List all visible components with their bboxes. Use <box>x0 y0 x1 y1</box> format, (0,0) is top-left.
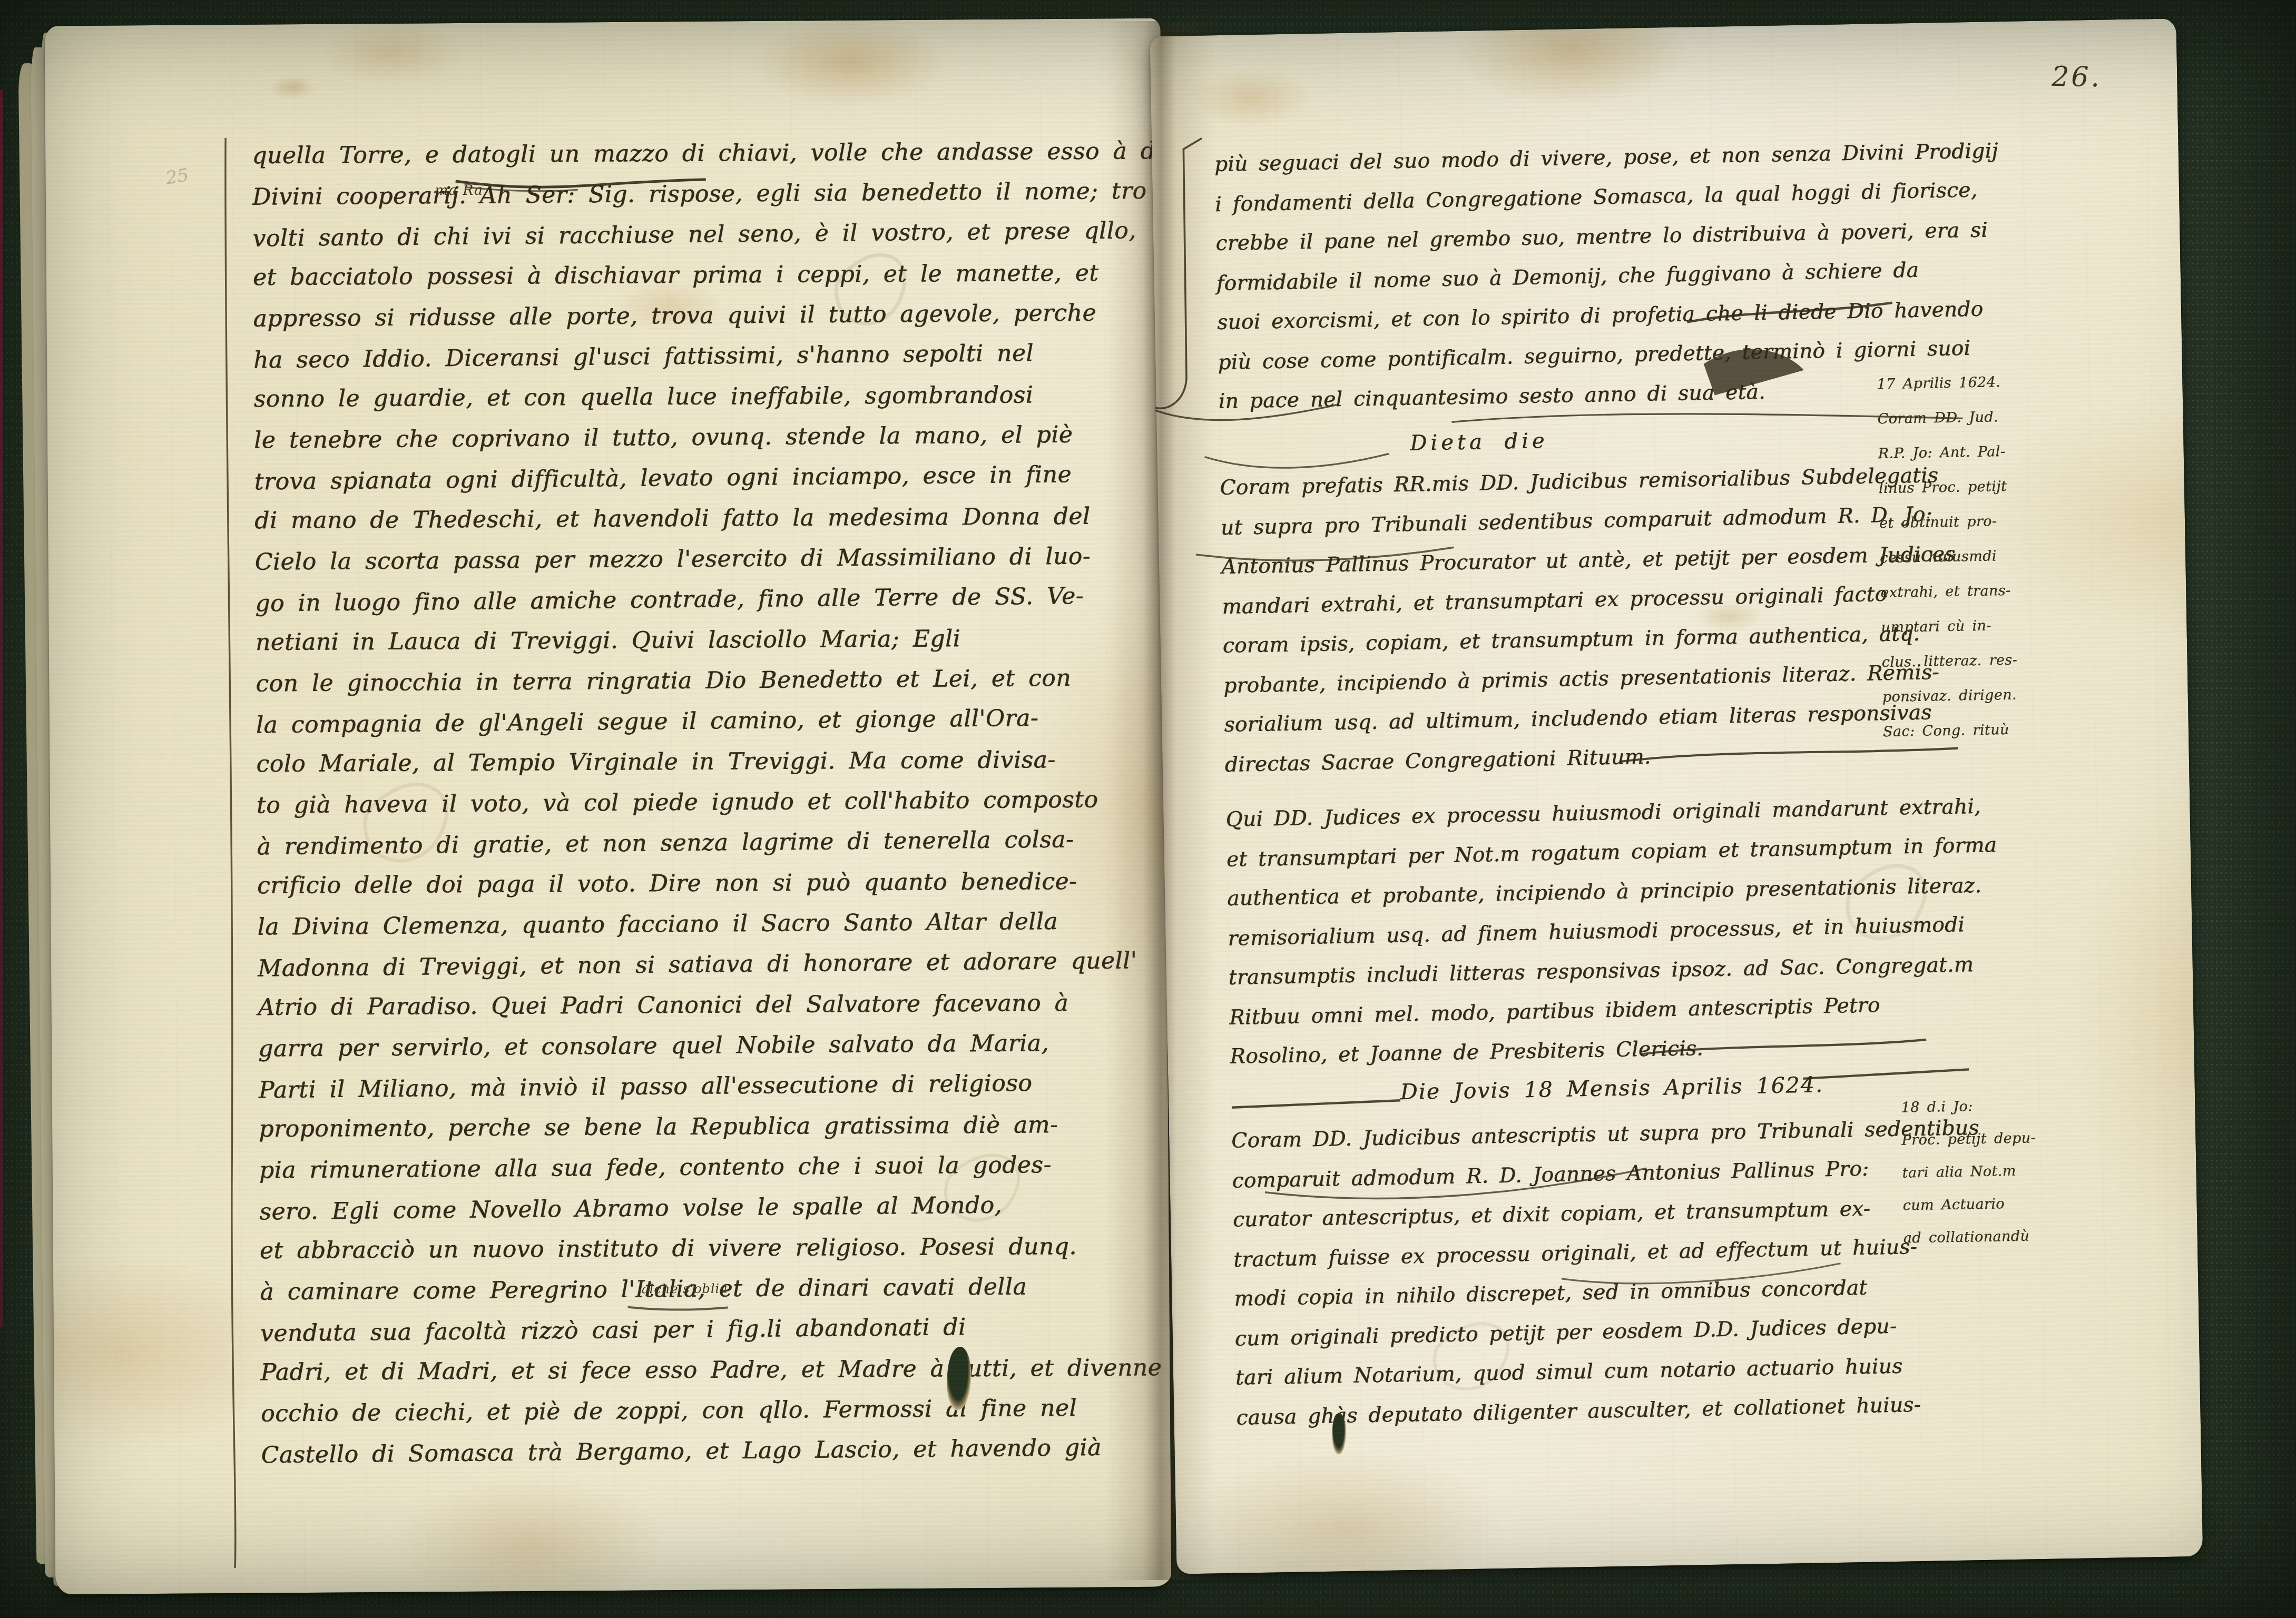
manuscript-text-line: pia rimuneratione alla sua fede, content… <box>259 1144 1144 1191</box>
scan-edge-artifact <box>0 90 3 1327</box>
margin-note-line: extrahi, et trans- <box>1880 570 2176 610</box>
manuscript-photograph: 25 ma Ra quella Torre, e datogli un mazz… <box>0 0 2296 1618</box>
right-paragraph-2: Coram prefatis RR.mis DD. Judicibus remi… <box>1220 457 1905 784</box>
manuscript-text-line: crificio delle doi paga il voto. Dire no… <box>257 861 1142 906</box>
left-page-text-block: quella Torre, e datogli un mazzo di chia… <box>252 130 1146 1475</box>
section-heading-dicta-die: Dieta die <box>1410 429 1548 456</box>
margin-note-18-detto: 18 d.i Jo:Proc. petijt depu-tari alia No… <box>1901 1087 2188 1255</box>
margin-note-line: R.P. Jo: Ant. Pal- <box>1878 431 2173 471</box>
manuscript-text-line: occhio de ciechi, et piè de zoppi, con q… <box>261 1387 1146 1434</box>
manuscript-text-line: la Divina Clemenza, quanto facciano il S… <box>257 901 1142 948</box>
folio-number: 26. <box>2052 61 2102 94</box>
margin-note-line: Sac: Cong. rituù <box>1882 709 2178 749</box>
manuscript-text-line: appresso si ridusse alle porte, trova qu… <box>253 292 1138 339</box>
manuscript-text-line: venduta sua facoltà rizzò casi per i fig… <box>260 1305 1146 1354</box>
manuscript-text-line: Castello di Somasca trà Bergamo, et Lago… <box>261 1427 1146 1475</box>
margin-note-line: ponsivaz. dirigen. <box>1882 675 2177 715</box>
manuscript-text-line: ha seco Iddio. Diceransi gl'usci fattiss… <box>253 332 1139 380</box>
margin-note-line: cessu huiusmdi <box>1880 536 2175 576</box>
manuscript-text-line: quella Torre, e datogli un mazzo di chia… <box>252 131 1137 176</box>
manuscript-text-line: netiani in Lauca di Treviggi. Quivi lasc… <box>256 617 1141 663</box>
manuscript-text-line: Cielo la scorta passa per mezzo l'eserci… <box>254 536 1140 583</box>
margin-note-line: Proc. petijt depu- <box>1901 1119 2186 1157</box>
heading-dash <box>1232 1100 1400 1108</box>
right-paragraph-1: più seguaci del suo modo di vivere, pose… <box>1214 133 1898 421</box>
left-page: 25 ma Ra quella Torre, e datogli un mazz… <box>45 18 1172 1595</box>
manuscript-text-line: con le ginocchia in terra ringratia Dio … <box>256 657 1141 704</box>
manuscript-text-line: et abbracciò un nuovo instituto di viver… <box>260 1226 1145 1271</box>
manuscript-text-line: Divini cooperarij. Ah Ser: Sig. rispose,… <box>252 171 1137 218</box>
manuscript-text-line: Padri, et di Madri, et si fece esso Padr… <box>260 1347 1145 1393</box>
margin-note-line: tari alia Not.m <box>1902 1152 2187 1189</box>
pencil-folio-ghost: 25 <box>164 165 190 189</box>
paragraph-bracket <box>1151 139 1206 409</box>
manuscript-text-line: di mano de Thedeschi, et havendoli fatto… <box>254 496 1140 541</box>
margin-rule-line <box>224 138 237 1568</box>
right-page: 26. più seguaci del suo modo di vivere, … <box>1150 18 2203 1574</box>
margin-note-line: 17 Aprilis 1624. <box>1877 362 2172 402</box>
manuscript-text-line: trova spianata ogni difficultà, levato o… <box>254 453 1140 502</box>
manuscript-text-line: to già haveva il voto, và col piede ignu… <box>257 779 1142 826</box>
manuscript-text-line: garra per servirlo, et consolare quel No… <box>258 1022 1143 1069</box>
manuscript-text-line: Parti il Miliano, mà inviò il passo all'… <box>258 1062 1144 1110</box>
margin-note-line: Coram DD. Jud. <box>1877 397 2173 437</box>
right-paragraph-4: Coram DD. Judicibus antescriptis ut supr… <box>1231 1109 1916 1437</box>
margin-note-line: cum Actuario <box>1902 1185 2187 1222</box>
margin-note-line: clus. litteraz. res- <box>1881 640 2177 680</box>
heading-dash <box>1803 1069 1969 1078</box>
manuscript-text-line: volti santo di chi ivi si racchiuse nel … <box>252 210 1138 259</box>
margin-note-line: et obtinuit pro- <box>1879 501 2174 541</box>
right-paragraph-3: Qui DD. Judices ex processu huiusmodi or… <box>1225 788 1910 1076</box>
margin-note-17-aprilis: 17 Aprilis 1624.Coram DD. Jud.R.P. Jo: A… <box>1877 362 2179 749</box>
manuscript-text-line: sonno le guardie, et con quella luce ine… <box>253 374 1139 419</box>
interline-correction: qlche s'oblia <box>641 1281 728 1296</box>
manuscript-text-line: Atrio di Paradiso. Quei Padri Canonici d… <box>258 982 1143 1028</box>
manuscript-text-line: Madonna di Treviggi, et non si satiava d… <box>258 940 1143 989</box>
manuscript-text-line: à rendimento di gratie, et non senza lag… <box>257 818 1142 867</box>
manuscript-text-line: proponimento, perche se bene la Republic… <box>259 1104 1144 1149</box>
margin-note-line: linus Proc. petijt <box>1878 466 2174 506</box>
manuscript-text-line: et bacciatolo possesi à dischiavar prima… <box>253 252 1138 298</box>
manuscript-text-line: go in luogo fino alle amiche contrade, f… <box>255 575 1141 624</box>
margin-note-line: umptari cù in- <box>1881 605 2176 645</box>
manuscript-text-line: sero. Egli come Novello Abramo volse le … <box>259 1183 1145 1232</box>
manuscript-text-line: la compagnia de gl'Angeli segue il camin… <box>256 697 1142 745</box>
manuscript-text-line: colo Mariale, al Tempio Virginale in Tre… <box>256 739 1141 784</box>
margin-note-line: 18 d.i Jo: <box>1901 1087 2186 1124</box>
manuscript-text-line: le tenebre che coprivano il tutto, ovunq… <box>254 414 1139 461</box>
margin-note-line: ad collationandù <box>1903 1217 2188 1255</box>
